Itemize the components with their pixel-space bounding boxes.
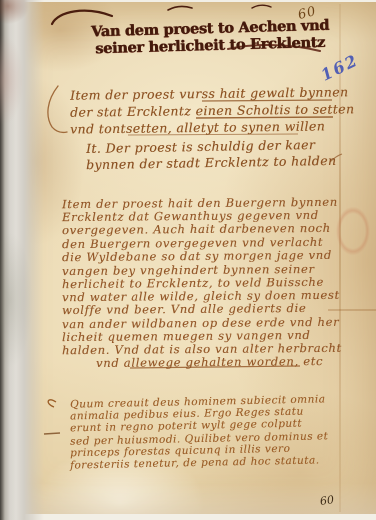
manuscript-scan: Van dem proest to Aechen vnd seiner herl… [0, 0, 376, 520]
text-line: vnd allewege gehalten worden, etc [96, 354, 323, 370]
folio-number-bottom: 60 [319, 493, 335, 508]
horizontal-crease [328, 309, 376, 311]
text-line: vnd tontsetten, alletyt to synen willen [70, 118, 325, 136]
binding-edge [0, 0, 44, 520]
